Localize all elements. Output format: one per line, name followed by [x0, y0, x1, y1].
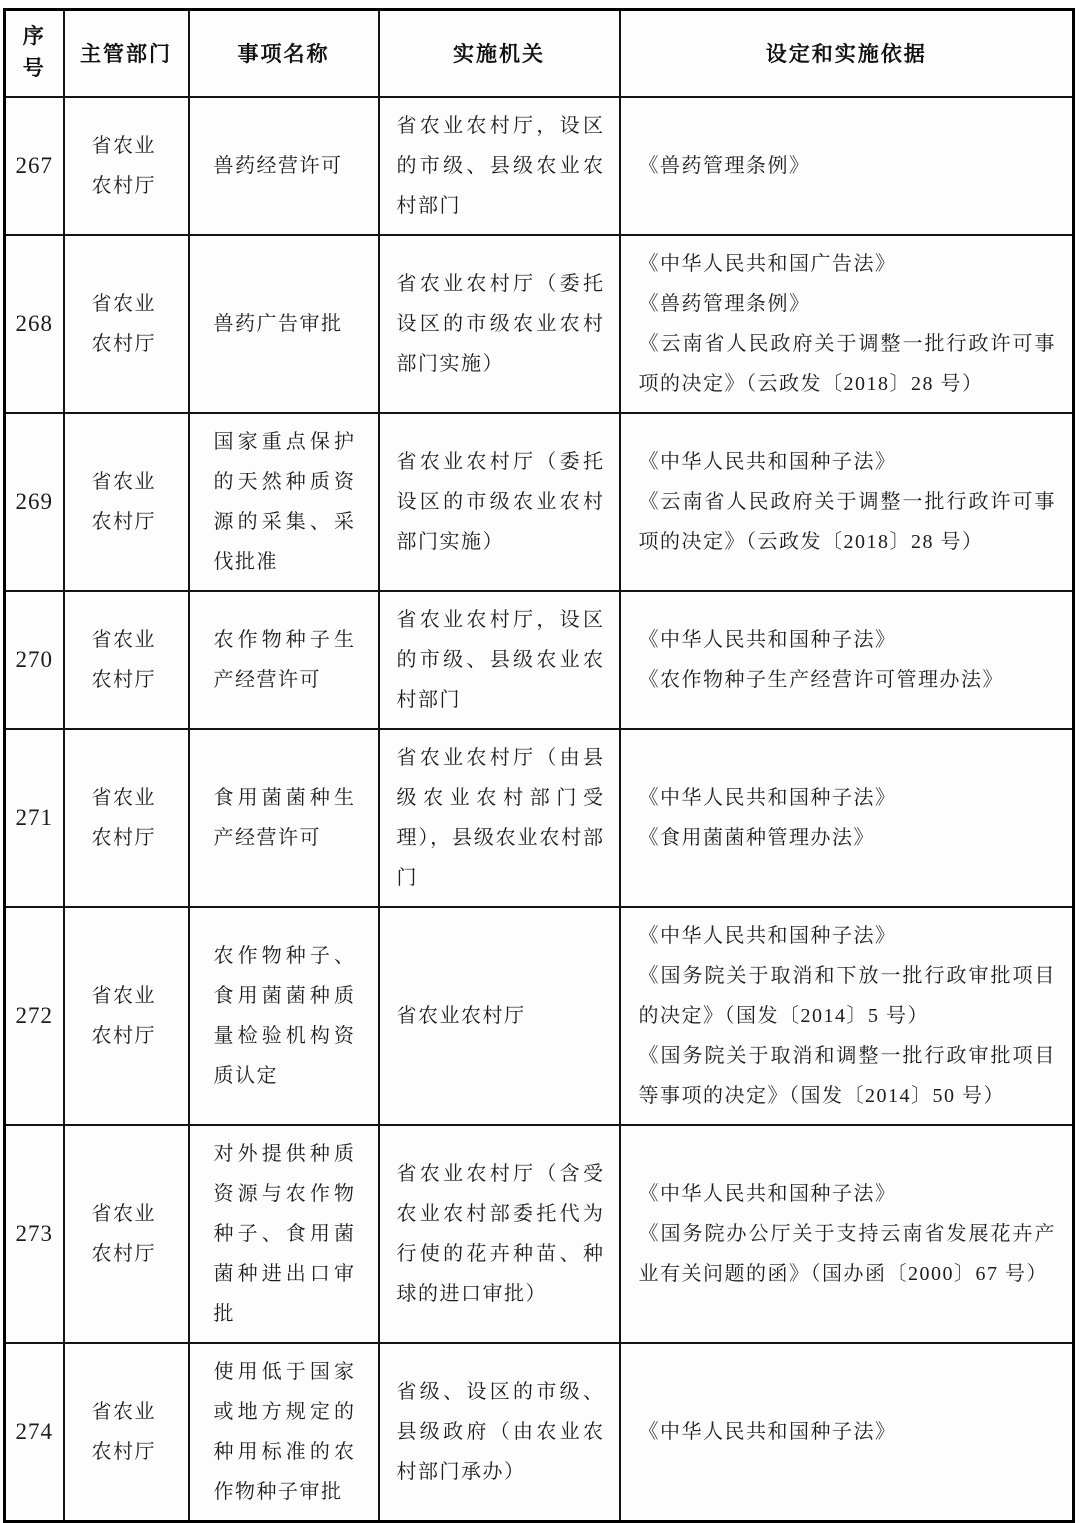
dept-label: 省农业农村厅: [92, 462, 161, 542]
cell-dept: 省农业农村厅: [64, 729, 189, 907]
cell-basis: 《兽药管理条例》: [620, 97, 1074, 235]
dept-label: 省农业农村厅: [92, 620, 161, 700]
cell-no: 274: [5, 1343, 64, 1522]
cell-no: 269: [5, 413, 64, 591]
cell-dept: 省农业农村厅: [64, 97, 189, 235]
dept-label: 省农业农村厅: [92, 126, 161, 206]
table-row: 267 省农业农村厅 兽药经营许可 省农业农村厅，设区的市级、县级农业农村部门 …: [5, 97, 1074, 235]
table-row: 269 省农业农村厅 国家重点保护的天然种质资源的采集、采伐批准 省农业农村厅（…: [5, 413, 1074, 591]
cell-no: 273: [5, 1125, 64, 1343]
table-row: 272 省农业农村厅 农作物种子、食用菌菌种质量检验机构资质认定 省农业农村厅 …: [5, 907, 1074, 1125]
cell-dept: 省农业农村厅: [64, 907, 189, 1125]
dept-label: 省农业农村厅: [92, 284, 161, 364]
table-row: 270 省农业农村厅 农作物种子生产经营许可 省农业农村厅，设区的市级、县级农业…: [5, 591, 1074, 729]
document-page: 序号 主管部门 事项名称 实施机关 设定和实施依据 267 省农业农村厅 兽药经…: [0, 0, 1080, 1399]
cell-agency: 省农业农村厅（含受农业农村部委托代为行使的花卉种苗、种球的进口审批）: [379, 1125, 620, 1343]
cell-item: 兽药经营许可: [189, 97, 379, 235]
col-header-basis: 设定和实施依据: [620, 10, 1074, 97]
licensing-items-table: 序号 主管部门 事项名称 实施机关 设定和实施依据 267 省农业农村厅 兽药经…: [3, 8, 1075, 1523]
table-row: 274 省农业农村厅 使用低于国家或地方规定的种用标准的农作物种子审批 省级、设…: [5, 1343, 1074, 1522]
cell-agency: 省农业农村厅（委托设区的市级农业农村部门实施）: [379, 235, 620, 413]
cell-no: 272: [5, 907, 64, 1125]
cell-item: 农作物种子生产经营许可: [189, 591, 379, 729]
col-header-dept: 主管部门: [64, 10, 189, 97]
cell-item: 对外提供种质资源与农作物种子、食用菌菌种进出口审批: [189, 1125, 379, 1343]
cell-dept: 省农业农村厅: [64, 1343, 189, 1522]
dept-label: 省农业农村厅: [92, 1194, 161, 1274]
cell-agency: 省农业农村厅，设区的市级、县级农业农村部门: [379, 97, 620, 235]
table-row: 268 省农业农村厅 兽药广告审批 省农业农村厅（委托设区的市级农业农村部门实施…: [5, 235, 1074, 413]
col-header-agency: 实施机关: [379, 10, 620, 97]
cell-item: 食用菌菌种生产经营许可: [189, 729, 379, 907]
cell-agency: 省级、设区的市级、县级政府（由农业农村部门承办）: [379, 1343, 620, 1522]
cell-item: 国家重点保护的天然种质资源的采集、采伐批准: [189, 413, 379, 591]
cell-agency: 省农业农村厅，设区的市级、县级农业农村部门: [379, 591, 620, 729]
cell-basis: 《中华人民共和国种子法》 《国务院办公厅关于支持云南省发展花卉产业有关问题的函》…: [620, 1125, 1074, 1343]
dept-label: 省农业农村厅: [92, 976, 161, 1056]
cell-no: 270: [5, 591, 64, 729]
col-header-item: 事项名称: [189, 10, 379, 97]
col-header-no: 序号: [5, 10, 64, 97]
cell-no: 268: [5, 235, 64, 413]
table-row: 271 省农业农村厅 食用菌菌种生产经营许可 省农业农村厅（由县级农业农村部门受…: [5, 729, 1074, 907]
table-row: 273 省农业农村厅 对外提供种质资源与农作物种子、食用菌菌种进出口审批 省农业…: [5, 1125, 1074, 1343]
cell-dept: 省农业农村厅: [64, 591, 189, 729]
dept-label: 省农业农村厅: [92, 1392, 161, 1472]
cell-basis: 《中华人民共和国种子法》 《食用菌菌种管理办法》: [620, 729, 1074, 907]
cell-basis: 《中华人民共和国种子法》: [620, 1343, 1074, 1522]
dept-label: 省农业农村厅: [92, 778, 161, 858]
cell-basis: 《中华人民共和国种子法》 《国务院关于取消和下放一批行政审批项目的决定》（国发〔…: [620, 907, 1074, 1125]
cell-basis: 《中华人民共和国广告法》 《兽药管理条例》 《云南省人民政府关于调整一批行政许可…: [620, 235, 1074, 413]
cell-agency: 省农业农村厅（委托设区的市级农业农村部门实施）: [379, 413, 620, 591]
cell-basis: 《中华人民共和国种子法》 《农作物种子生产经营许可管理办法》: [620, 591, 1074, 729]
cell-dept: 省农业农村厅: [64, 235, 189, 413]
cell-dept: 省农业农村厅: [64, 413, 189, 591]
cell-no: 267: [5, 97, 64, 235]
cell-agency: 省农业农村厅（由县级农业农村部门受理），县级农业农村部门: [379, 729, 620, 907]
cell-agency: 省农业农村厅: [379, 907, 620, 1125]
cell-item: 兽药广告审批: [189, 235, 379, 413]
cell-dept: 省农业农村厅: [64, 1125, 189, 1343]
col-header-no-label: 序号: [22, 21, 46, 86]
table-header-row: 序号 主管部门 事项名称 实施机关 设定和实施依据: [5, 10, 1074, 97]
cell-basis: 《中华人民共和国种子法》 《云南省人民政府关于调整一批行政许可事项的决定》（云政…: [620, 413, 1074, 591]
cell-item: 农作物种子、食用菌菌种质量检验机构资质认定: [189, 907, 379, 1125]
cell-item: 使用低于国家或地方规定的种用标准的农作物种子审批: [189, 1343, 379, 1522]
cell-no: 271: [5, 729, 64, 907]
